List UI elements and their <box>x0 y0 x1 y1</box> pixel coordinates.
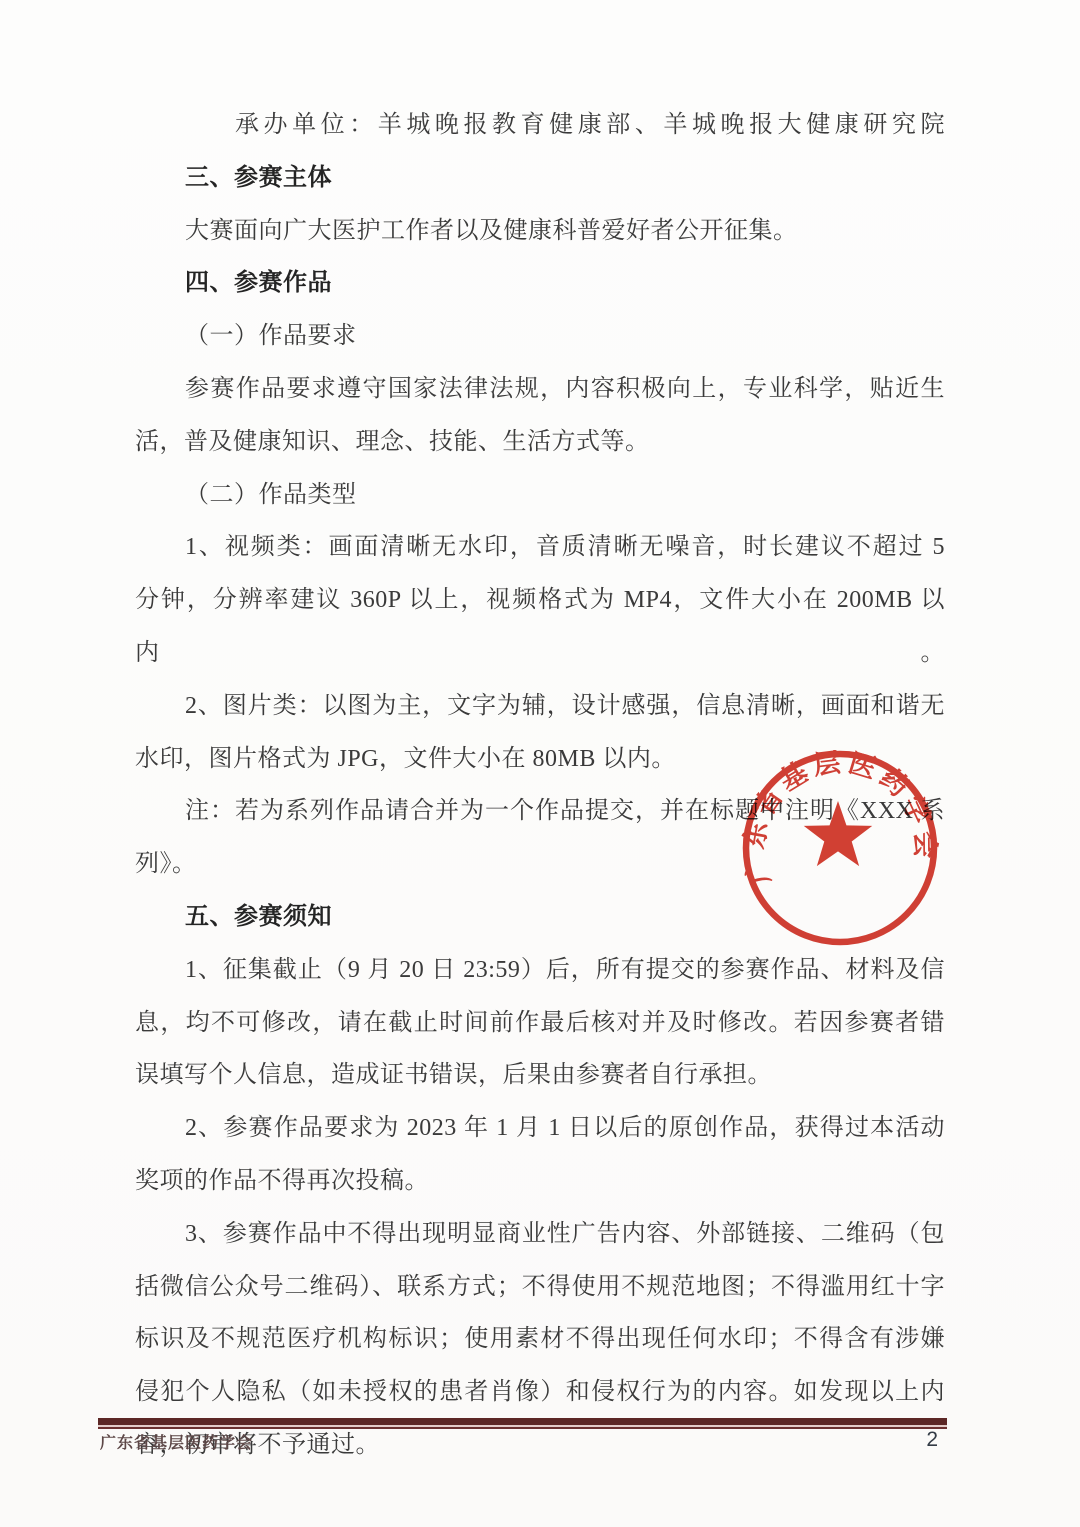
doc-line: 承办单位：羊城晚报教育健康部、羊城晚报大健康研究院 <box>135 99 945 152</box>
footer-rule <box>98 1418 947 1429</box>
section-heading: 四、参赛作品 <box>135 257 945 310</box>
section-heading: 五、参赛须知 <box>135 891 945 944</box>
doc-line: 误填写个人信息，造成证书错误，后果由参赛者自行承担。 <box>135 1049 945 1102</box>
doc-line: 2、图片类：以图为主，文字为辅，设计感强，信息清晰，画面和谐无 <box>135 680 945 733</box>
doc-line: 分钟，分辨率建议 360P 以上，视频格式为 MP4，文件大小在 200MB 以… <box>135 574 945 680</box>
section-heading: 三、参赛主体 <box>135 152 945 205</box>
doc-line: 括微信公众号二维码）、联系方式；不得使用不规范地图；不得滥用红十字 <box>135 1261 945 1314</box>
doc-line: 1、征集截止（9 月 20 日 23:59）后，所有提交的参赛作品、材料及信 <box>135 944 945 997</box>
doc-line: 注：若为系列作品请合并为一个作品提交，并在标题中注明《XXX 系 <box>135 785 945 838</box>
document-page: 承办单位：羊城晚报教育健康部、羊城晚报大健康研究院 三、参赛主体 大赛面向广大医… <box>0 0 1080 1527</box>
doc-line: 息，均不可修改，请在截止时间前作最后核对并及时修改。若因参赛者错 <box>135 997 945 1050</box>
document-body: 承办单位：羊城晚报教育健康部、羊城晚报大健康研究院 三、参赛主体 大赛面向广大医… <box>135 99 945 1472</box>
doc-line: 参赛作品要求遵守国家法律法规，内容积极向上，专业科学，贴近生 <box>135 363 945 416</box>
doc-line: 3、参赛作品中不得出现明显商业性广告内容、外部链接、二维码（包 <box>135 1208 945 1261</box>
doc-line: 列》。 <box>135 838 945 891</box>
footer-organization: 广东省基层医药学会 <box>100 1430 253 1453</box>
sub-heading: （二）作品类型 <box>135 469 945 522</box>
doc-line: 侵犯个人隐私（如未授权的患者肖像）和侵权行为的内容。如发现以上内 <box>135 1366 945 1419</box>
doc-line: 奖项的作品不得再次投稿。 <box>135 1155 945 1208</box>
doc-line: 标识及不规范医疗机构标识；使用素材不得出现任何水印；不得含有涉嫌 <box>135 1313 945 1366</box>
doc-line: 水印，图片格式为 JPG，文件大小在 80MB 以内。 <box>135 733 945 786</box>
doc-line: 1、视频类：画面清晰无水印，音质清晰无噪音，时长建议不超过 5 <box>135 521 945 574</box>
doc-line: 大赛面向广大医护工作者以及健康科普爱好者公开征集。 <box>135 205 945 258</box>
doc-line: 活，普及健康知识、理念、技能、生活方式等。 <box>135 416 945 469</box>
doc-line: 2、参赛作品要求为 2023 年 1 月 1 日以后的原创作品，获得过本活动 <box>135 1102 945 1155</box>
sub-heading: （一）作品要求 <box>135 310 945 363</box>
page-number: 2 <box>926 1428 938 1452</box>
